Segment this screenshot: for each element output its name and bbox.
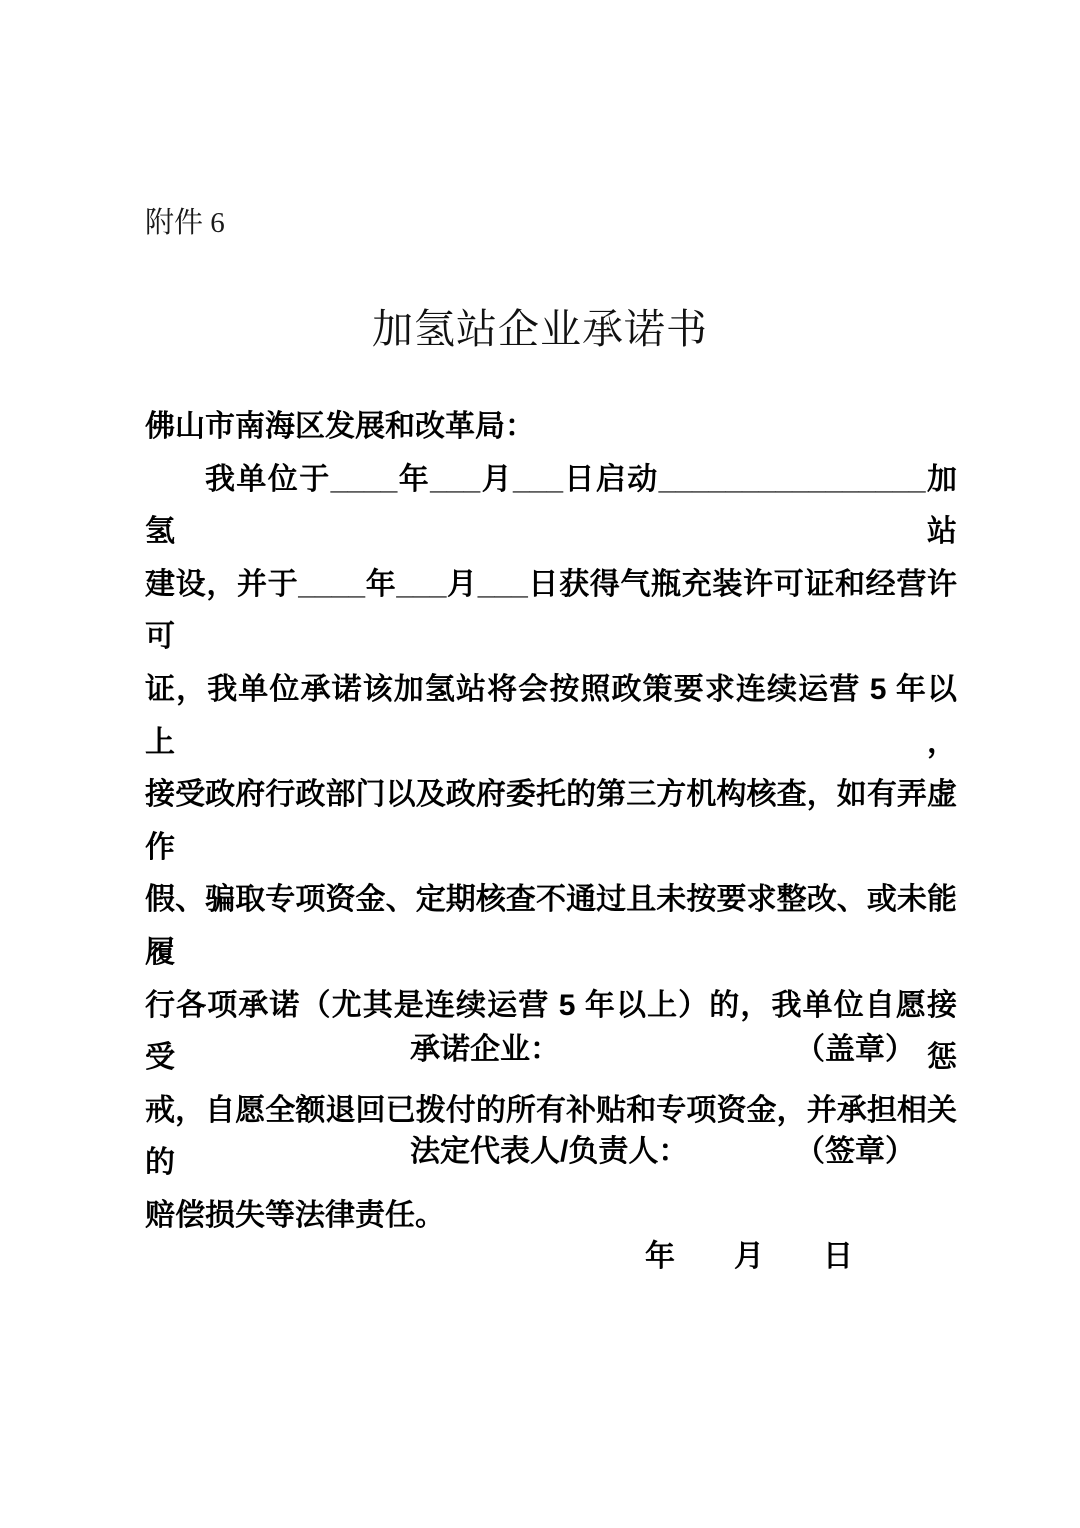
body-line: 证，我单位承诺该加氢站将会按照政策要求连续运营 5 年以上， (145, 664, 957, 769)
attachment-number-label: 附件 6 (145, 200, 225, 241)
body-line: 接受政府行政部门以及政府委托的第三方机构核查，如有弄虚作 (145, 769, 957, 874)
body-line: 我单位于____年___月___日启动________________加氢站 (145, 454, 957, 559)
attachment-number-text: 附件 6 (145, 207, 225, 239)
date-year-label: 年 (645, 1231, 675, 1275)
body-line: 假、骗取专项资金、定期核查不通过且未按要求整改、或未能履 (145, 874, 957, 979)
date-month-label: 月 (734, 1231, 764, 1275)
body-line: 建设，并于____年___月___日获得气瓶充装许可证和经营许可 (145, 559, 957, 664)
representative-stamp-label: （签章） (795, 1126, 915, 1170)
document-page: 附件 6 加氢站企业承诺书 佛山市南海区发展和改革局： 我单位于____年___… (0, 0, 1080, 1528)
date-row: 年 月 日 (645, 1231, 853, 1275)
salutation-line: 佛山市南海区发展和改革局： (145, 401, 957, 454)
document-body: 佛山市南海区发展和改革局： 我单位于____年___月___日启动_______… (145, 401, 957, 1243)
date-day-label: 日 (823, 1231, 853, 1275)
company-label: 承诺企业： (410, 1024, 560, 1068)
company-stamp-label: （盖章） (795, 1024, 915, 1068)
signature-company-row: 承诺企业： （盖章） (410, 1024, 915, 1068)
signature-representative-row: 法定代表人/负责人： （签章） (410, 1126, 915, 1170)
representative-label: 法定代表人/负责人： (410, 1126, 688, 1170)
document-title: 加氢站企业承诺书 (0, 296, 1080, 355)
